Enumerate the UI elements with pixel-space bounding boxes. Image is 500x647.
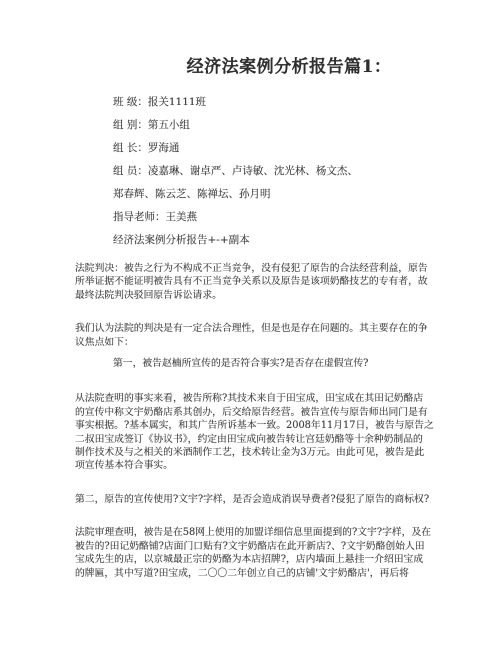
group-line: 组 别：第五小组 (113, 114, 460, 137)
opinion-paragraph: 我们认为法院的判决是有一定合法合理性，但是也是存在问题的。其主要存在的争 议焦点… (75, 322, 443, 349)
issue-one-heading: 第一，被告赵楠所宣传的是否符合事实?是否存在虚假宣传? (75, 357, 443, 370)
court-verdict-paragraph: 法院判决：被告之行为不构成不正当竞争，没有侵犯了原告的合法经营利益，原告 所举证… (75, 262, 443, 302)
class-line: 班 级：报关1111班 (113, 91, 460, 114)
document-meta-block: 班 级：报关1111班 组 别：第五小组 组 长：罗海通 组 员：凌嘉琳、谢卓严… (113, 91, 460, 252)
leader-line: 组 长：罗海通 (113, 137, 460, 160)
document-page: 经济法案例分析报告篇1： 班 级：报关1111班 组 别：第五小组 组 长：罗海… (0, 0, 500, 647)
issue-two-analysis-paragraph: 法院审理查明，被告是在58网上使用的加盟详细信息里面提到的?文宇?字样，及在 被… (75, 526, 443, 580)
members-line: 组 员：凌嘉琳、谢卓严、卢诗敏、沈光林、杨文杰、 郑春辉、陈云芝、陈禅坛、孙月明 (113, 160, 460, 206)
document-body: 法院判决：被告之行为不构成不正当竞争，没有侵犯了原告的合法经营利益，原告 所举证… (75, 262, 443, 580)
advisor-line: 指导老师：王美燕 (113, 206, 460, 229)
doc-copy-line: 经济法案例分析报告+-+副本 (113, 229, 460, 252)
issue-two-heading: 第二，原告的宣传使用?文宇?字样，是否会造成消误导费者?侵犯了原告的商标权? (75, 493, 443, 506)
document-title: 经济法案例分析报告篇1： (78, 0, 500, 79)
issue-one-analysis-paragraph: 从法院查明的事实来看，被告所称?其技术来自于田宝成，田宝成在其田记奶酪店 的宣传… (75, 392, 443, 472)
